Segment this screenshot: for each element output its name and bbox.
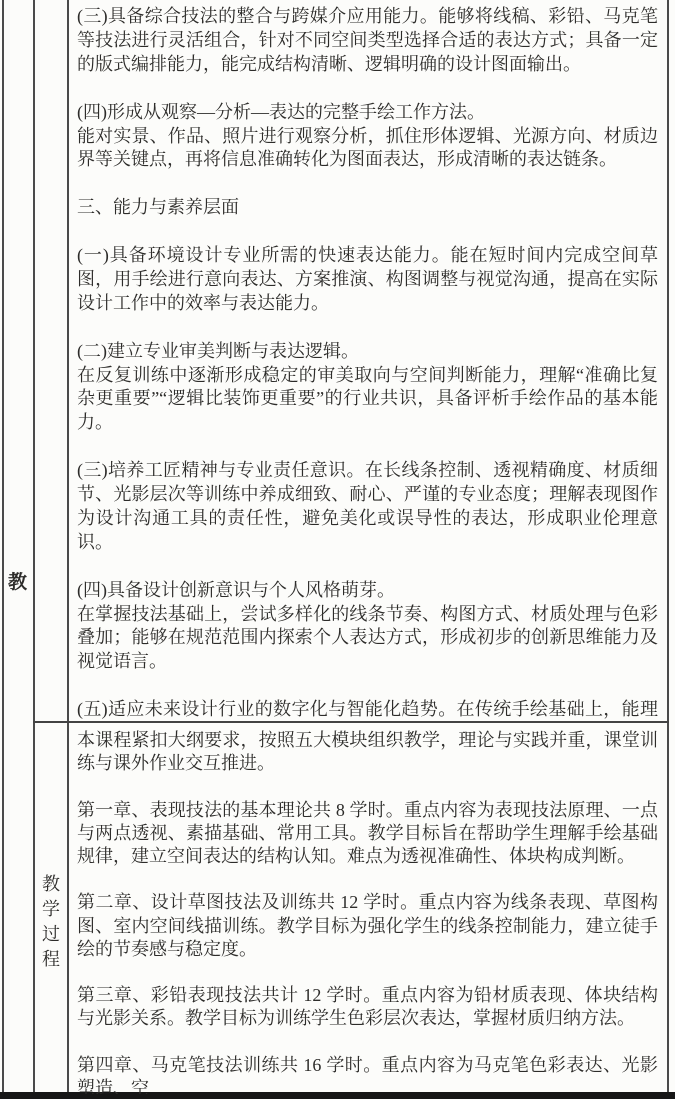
paragraph-aesthetic-judgment: (二)建立专业审美判断与表达逻辑。 在反复训练中逐渐形成稳定的审美取向与空间判断… — [77, 340, 658, 436]
paragraph-workflow-method: (四)形成从观察—分析—表达的完整手绘工作方法。 能对实景、作品、照片进行观察分… — [77, 101, 658, 173]
paragraph-craftsmanship: (三)培养工匠精神与专业责任意识。在长线条控制、透视精确度、材质细节、光影层次等… — [77, 459, 658, 555]
paragraph-integration-ability: (三)具备综合技法的整合与跨媒介应用能力。能够将线稿、彩铅、马克笔等技法进行灵活… — [77, 5, 658, 77]
table-border-outer-right — [667, 0, 669, 1099]
paragraph-course-overview: 本课程紧扣大纲要求，按照五大模块组织教学，理论与实践并重，课堂训练与课外作业交互… — [77, 729, 658, 775]
cell-teaching-objectives-text: (三)具备综合技法的整合与跨媒介应用能力。能够将线稿、彩铅、马克笔等技法进行灵活… — [77, 5, 658, 721]
table-row-divider — [33, 721, 669, 723]
row-label-teaching-process: 教学过程 — [35, 872, 67, 972]
paragraph-chapter-1: 第一章、表现技法的基本理论共 8 学时。重点内容为表现技法原理、一点与两点透视、… — [77, 799, 658, 869]
paragraph-chapter-4-cutoff: 第四章、马克笔技法训练共 16 学时。重点内容为马克笔色彩表达、光影塑造、空 — [77, 1054, 658, 1094]
cell-teaching-process-text: 本课程紧扣大纲要求，按照五大模块组织教学，理论与实践并重，课堂训练与课外作业交互… — [77, 729, 658, 1094]
paragraph-chapter-3: 第三章、彩铅表现技法共计 12 学时。重点内容为铅材质表现、体块结构与光影关系。… — [77, 984, 658, 1030]
row-label-left-column: 教 — [2, 567, 33, 594]
syllabus-document-page: 教 教学过程 (三)具备综合技法的整合与跨媒介应用能力。能够将线稿、彩铅、马克笔… — [0, 0, 675, 1099]
section-heading-ability-literacy: 三、能力与素养层面 — [77, 196, 658, 220]
paragraph-rapid-expression: (一)具备环境设计专业所需的快速表达能力。能在短时间内完成空间草图，用手绘进行意… — [77, 244, 658, 316]
paragraph-ai-digital-trend: (五)适应未来设计行业的数字化与智能化趋势。在传统手绘基础上，能理解 AI 辅助… — [77, 698, 658, 721]
paragraph-innovation-style: (四)具备设计创新意识与个人风格萌芽。 在掌握技法基础上，尝试多样化的线条节奏、… — [77, 579, 658, 675]
paragraph-chapter-2: 第二章、设计草图技法及训练共 12 学时。重点内容为线条表现、草图构图、室内空间… — [77, 891, 658, 961]
table-border-outer-left — [2, 0, 4, 1099]
table-border-col2-right — [67, 0, 69, 1099]
